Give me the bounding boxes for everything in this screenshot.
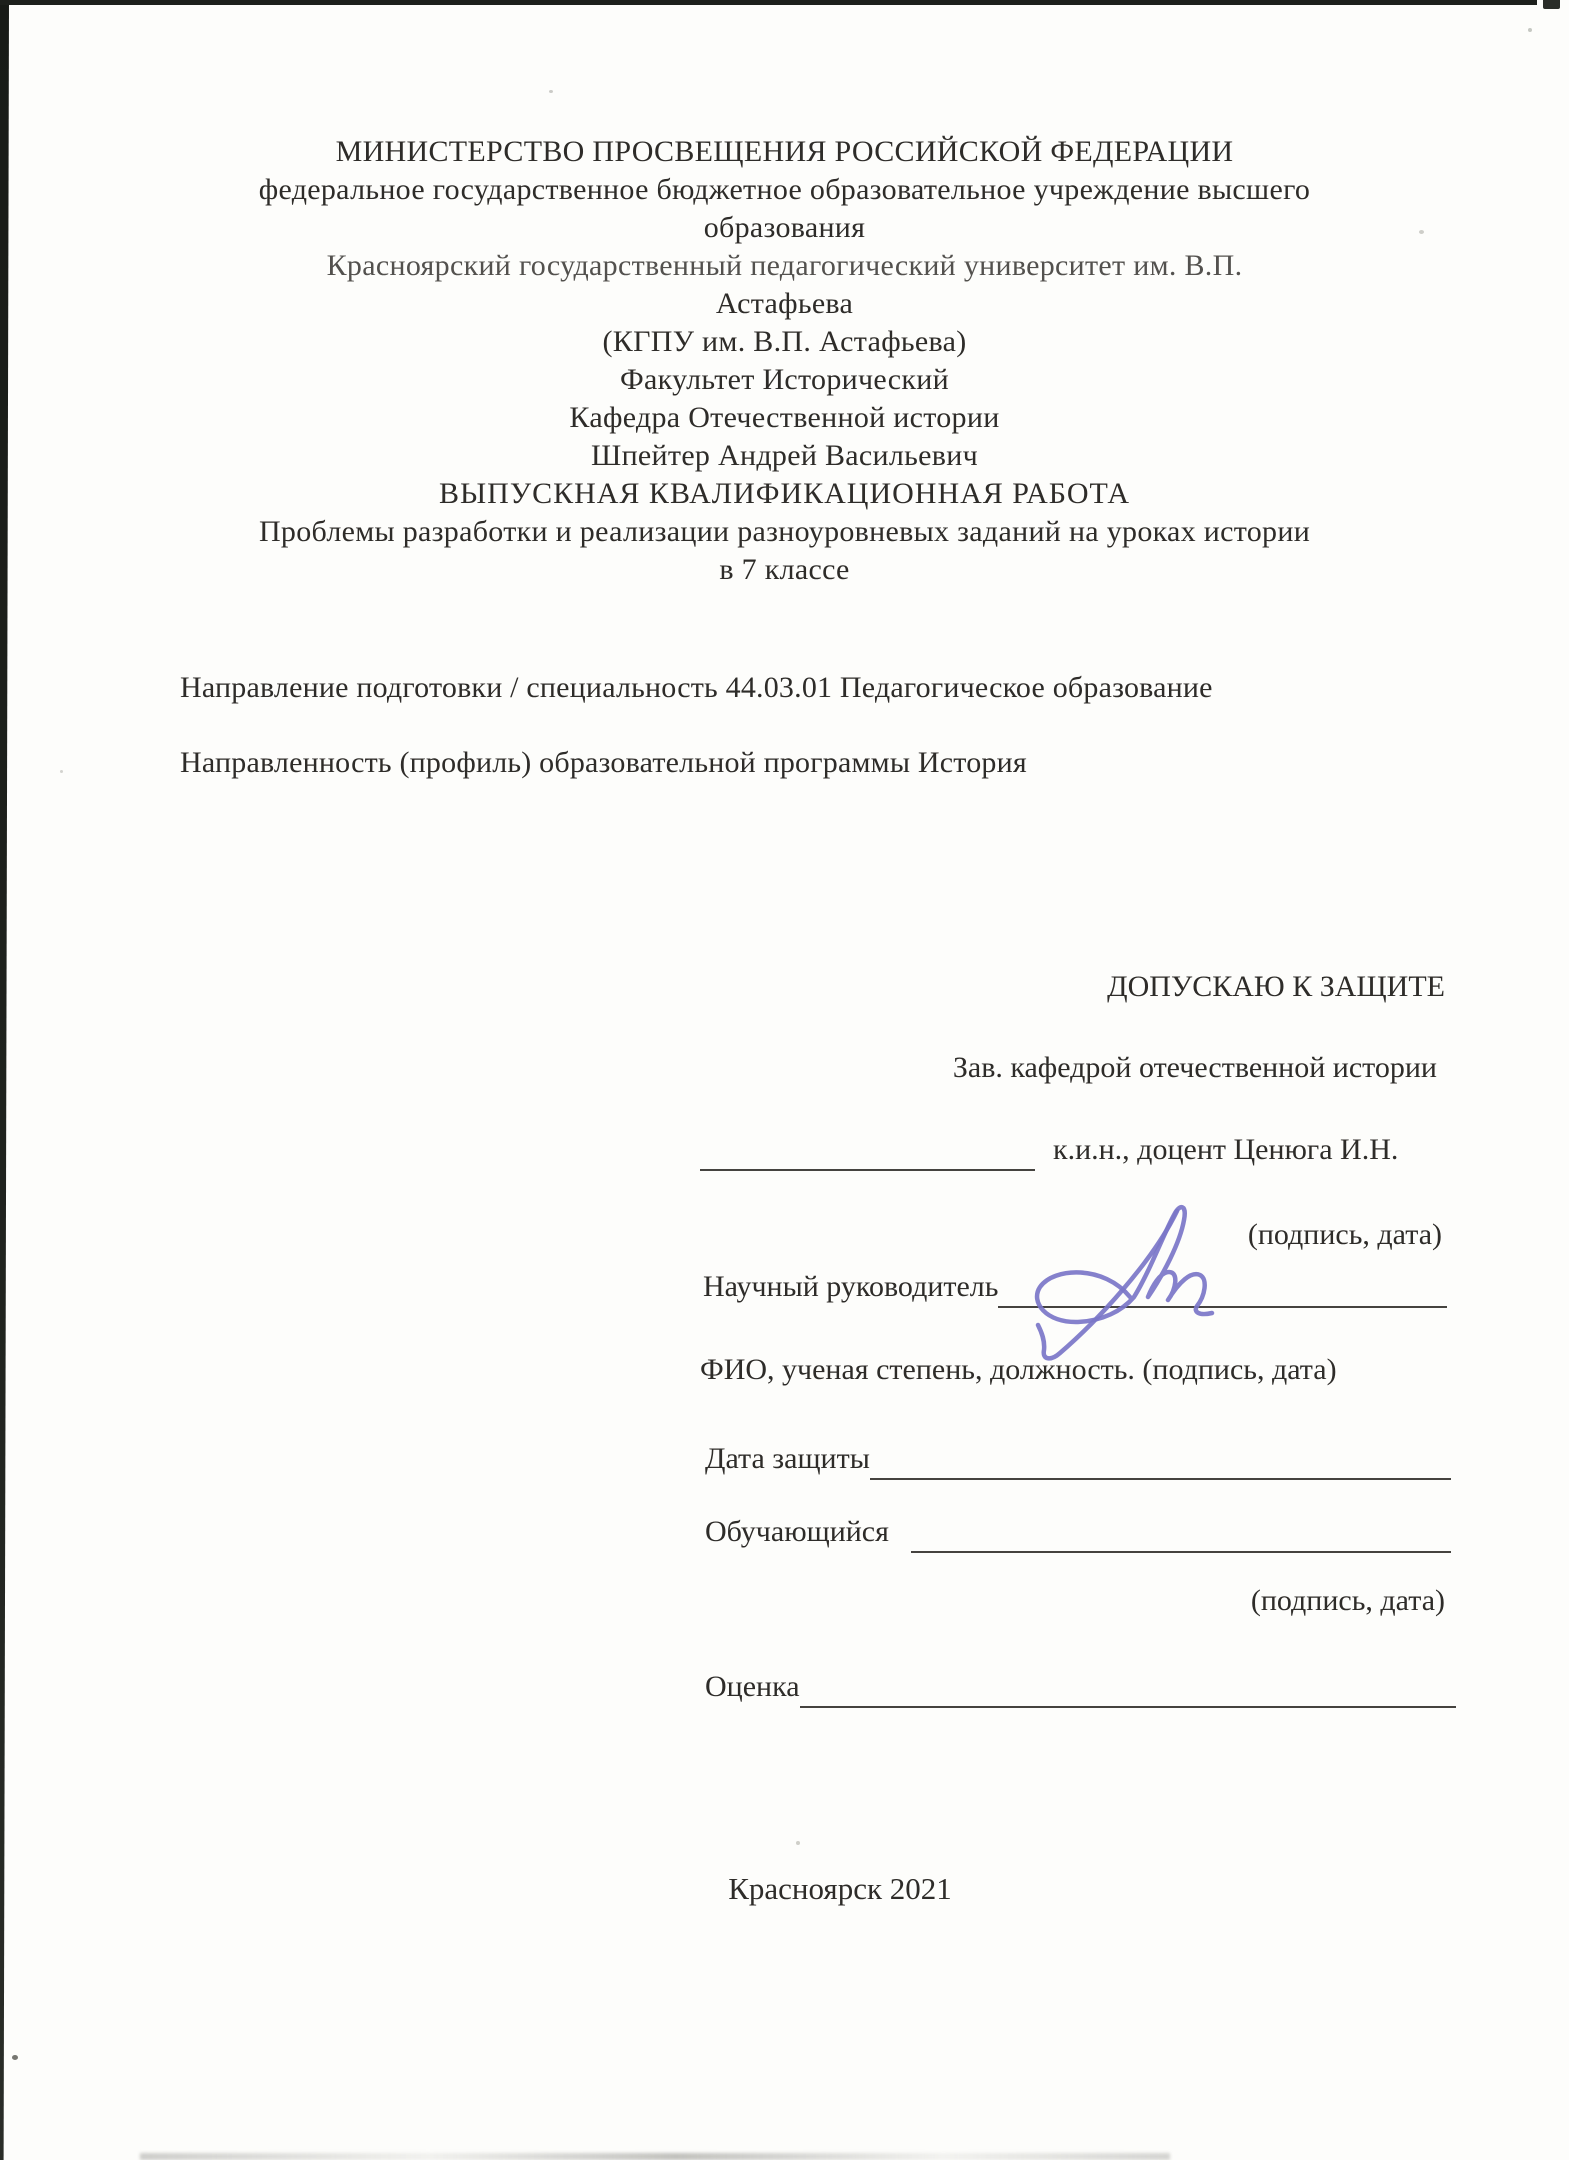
founder-line-1: федеральное государственное бюджетное об… bbox=[100, 171, 1469, 209]
direction-line: Направление подготовки / специальность 4… bbox=[180, 671, 1213, 705]
founder-line-2: образования bbox=[100, 209, 1469, 247]
sign-date-note-2: (подпись, дата) bbox=[1251, 1584, 1445, 1618]
admit-to-defense-line: ДОПУСКАЮ К ЗАЩИТЕ bbox=[1107, 970, 1445, 1004]
dept-head-signature-blank bbox=[700, 1168, 1035, 1171]
supervisor-signature-blank bbox=[998, 1306, 1447, 1308]
grade-label: Оценка bbox=[705, 1666, 800, 1708]
thesis-title-line-2: в 7 классе bbox=[100, 551, 1469, 589]
scan-corner-mark bbox=[1543, 0, 1560, 9]
supervisor-row: Научный руководитель bbox=[703, 1266, 1447, 1308]
city-year-line: Красноярск 2021 bbox=[710, 1871, 970, 1907]
title-block: МИНИСТЕРСТВО ПРОСВЕЩЕНИЯ РОССИЙСКОЙ ФЕДЕ… bbox=[100, 133, 1469, 589]
student-row: Обучающийся bbox=[705, 1511, 1451, 1553]
grade-blank bbox=[800, 1706, 1456, 1708]
dept-head-line: Зав. кафедрой отечественной истории bbox=[953, 1051, 1437, 1085]
profile-line: Направленность (профиль) образовательной… bbox=[180, 746, 1027, 780]
scan-edge-top bbox=[0, 0, 1537, 5]
university-line-2: Астафьева bbox=[100, 285, 1469, 323]
supervisor-note: ФИО, ученая степень, должность. (подпись… bbox=[700, 1353, 1337, 1387]
scan-speck bbox=[549, 90, 553, 93]
university-line-1: Красноярский государственный педагогичес… bbox=[100, 247, 1469, 285]
scanned-title-page: МИНИСТЕРСТВО ПРОСВЕЩЕНИЯ РОССИЙСКОЙ ФЕДЕ… bbox=[0, 0, 1569, 2160]
author-line: Шпейтер Андрей Васильевич bbox=[100, 437, 1469, 475]
defense-date-label: Дата защиты bbox=[705, 1438, 870, 1480]
work-type-line: ВЫПУСКНАЯ КВАЛИФИКАЦИОННАЯ РАБОТА bbox=[100, 475, 1469, 513]
grade-row: Оценка bbox=[705, 1666, 1456, 1708]
dept-head-signature-row: к.и.н., доцент Ценюга И.Н. bbox=[700, 1129, 1480, 1171]
defense-date-blank bbox=[870, 1478, 1451, 1480]
university-abbrev-line: (КГПУ им. В.П. Астафьева) bbox=[100, 323, 1469, 361]
sign-date-note: (подпись, дата) bbox=[1248, 1218, 1442, 1252]
student-label: Обучающийся bbox=[705, 1511, 889, 1553]
department-line: Кафедра Отечественной истории bbox=[100, 399, 1469, 437]
scan-speck bbox=[796, 1841, 800, 1845]
scan-speck bbox=[12, 2055, 18, 2060]
scan-speck bbox=[60, 770, 63, 773]
supervisor-label: Научный руководитель bbox=[703, 1266, 998, 1308]
dept-head-name: к.и.н., доцент Ценюга И.Н. bbox=[1053, 1129, 1398, 1171]
defense-date-row: Дата защиты bbox=[705, 1438, 1451, 1480]
ministry-line: МИНИСТЕРСТВО ПРОСВЕЩЕНИЯ РОССИЙСКОЙ ФЕДЕ… bbox=[100, 133, 1469, 171]
scan-edge-left bbox=[0, 0, 9, 2160]
thesis-title-line-1: Проблемы разработки и реализации разноур… bbox=[100, 513, 1469, 551]
faculty-line: Факультет Исторический bbox=[100, 361, 1469, 399]
scan-smudge-bottom bbox=[140, 2153, 1170, 2160]
scan-speck bbox=[1528, 28, 1532, 32]
student-signature-blank bbox=[911, 1551, 1451, 1553]
